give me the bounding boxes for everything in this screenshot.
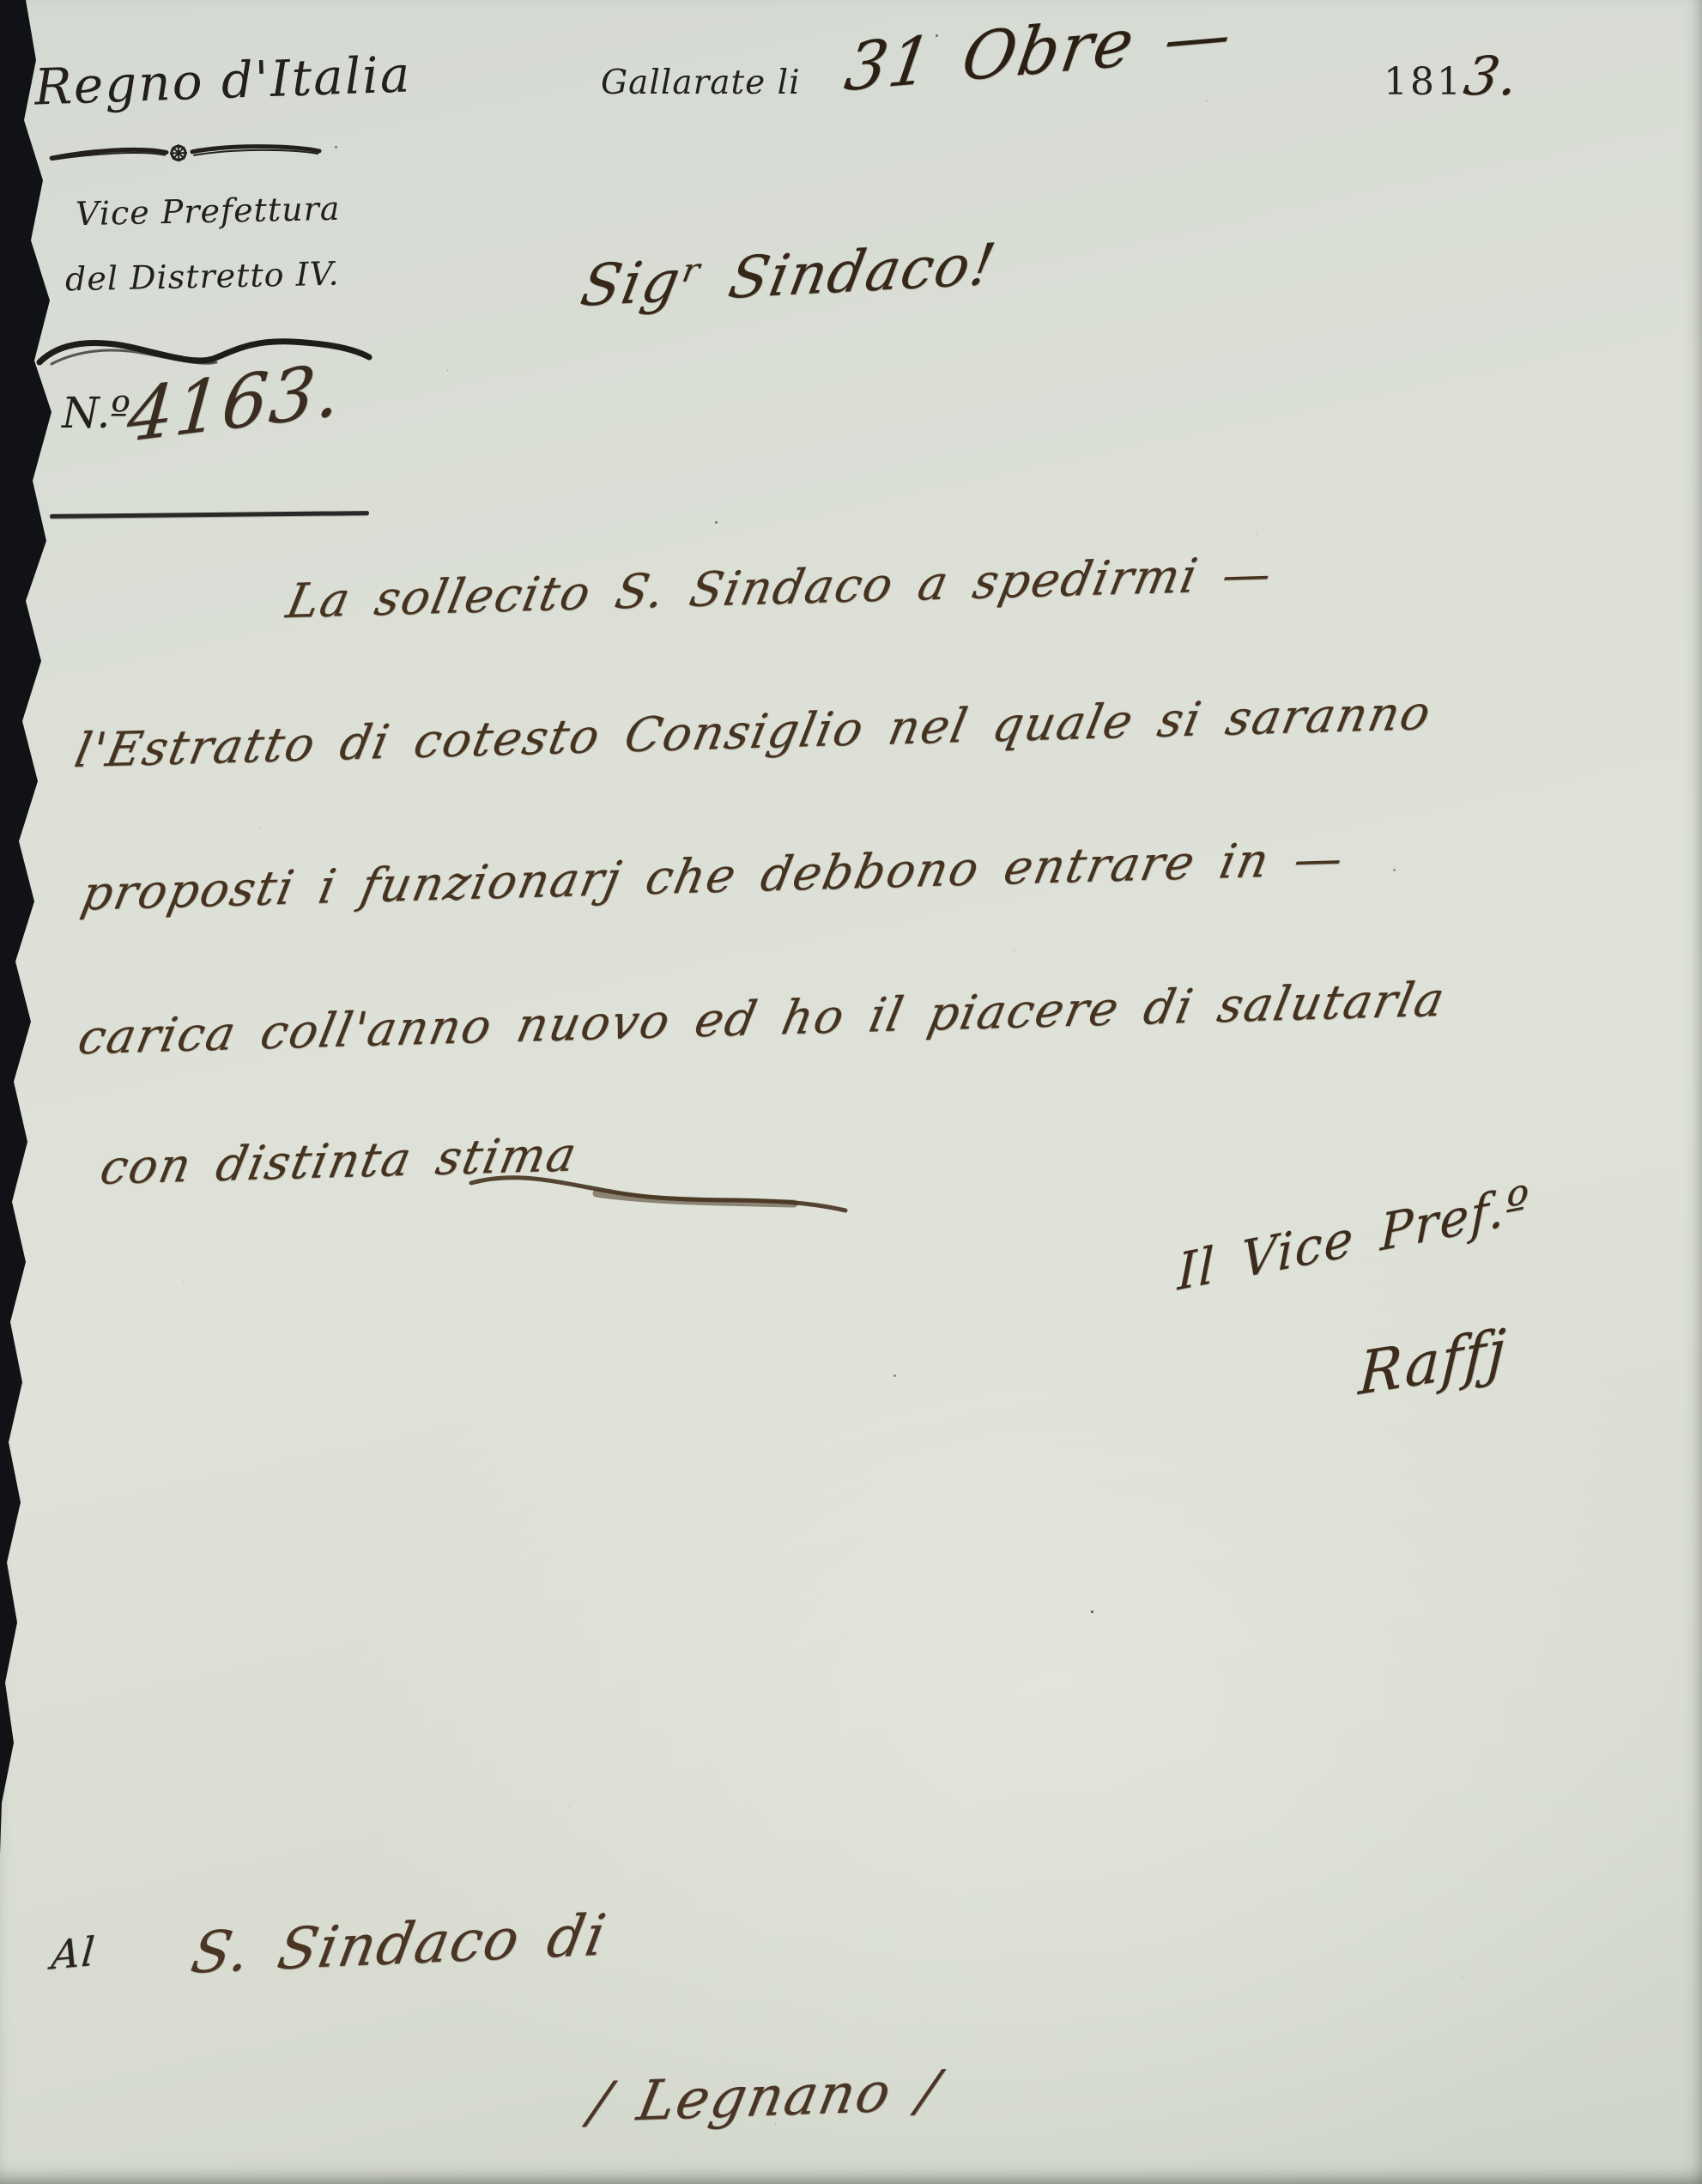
body-line: proposti i funzionarj che debbono entrar… (77, 830, 1349, 920)
letterhead-office-line2: del Distretto IV. (65, 255, 340, 299)
body-line: La sollecito S. Sindaco a spedirmi — (282, 546, 1278, 628)
paper-specks (0, 0, 3, 3)
signature-title: Il Vice Pref.º (1177, 1174, 1530, 1301)
address-line-recipient: S. Sindaco di (186, 1902, 612, 1987)
dateline-year: 181 3. (1384, 45, 1519, 107)
dateline-place: Gallarate li (601, 64, 801, 102)
paper-sheet: Regno d'Italia Vice Prefettura del Distr… (0, 0, 1702, 2184)
dateline-year-written: 3. (1460, 45, 1525, 107)
address-prefix: Al (50, 1927, 99, 1978)
scanned-letter: Regno d'Italia Vice Prefettura del Distr… (0, 0, 1702, 2184)
dateline-year-printed: 181 (1384, 60, 1463, 104)
signature-name: Raffj (1357, 1317, 1509, 1410)
letterhead-divider-ornament (48, 132, 324, 173)
address-line-place: / Legnano / (584, 2060, 946, 2136)
registry-number-label: N.º (62, 388, 130, 438)
salutation: Sigʳ Sindaco! (576, 231, 1002, 319)
pen-flourish (468, 1161, 863, 1221)
letterhead-kingdom: Regno d'Italia (33, 45, 412, 116)
letterhead-office-line1: Vice Prefettura (76, 190, 341, 233)
dateline-day-month: 31 Obre — (840, 0, 1239, 106)
registry-underline-rule (50, 511, 369, 519)
body-line: carica coll'anno nuovo ed ho il piacere … (74, 972, 1451, 1065)
body-line: l'Estratto di cotesto Consiglio nel qual… (70, 685, 1437, 778)
